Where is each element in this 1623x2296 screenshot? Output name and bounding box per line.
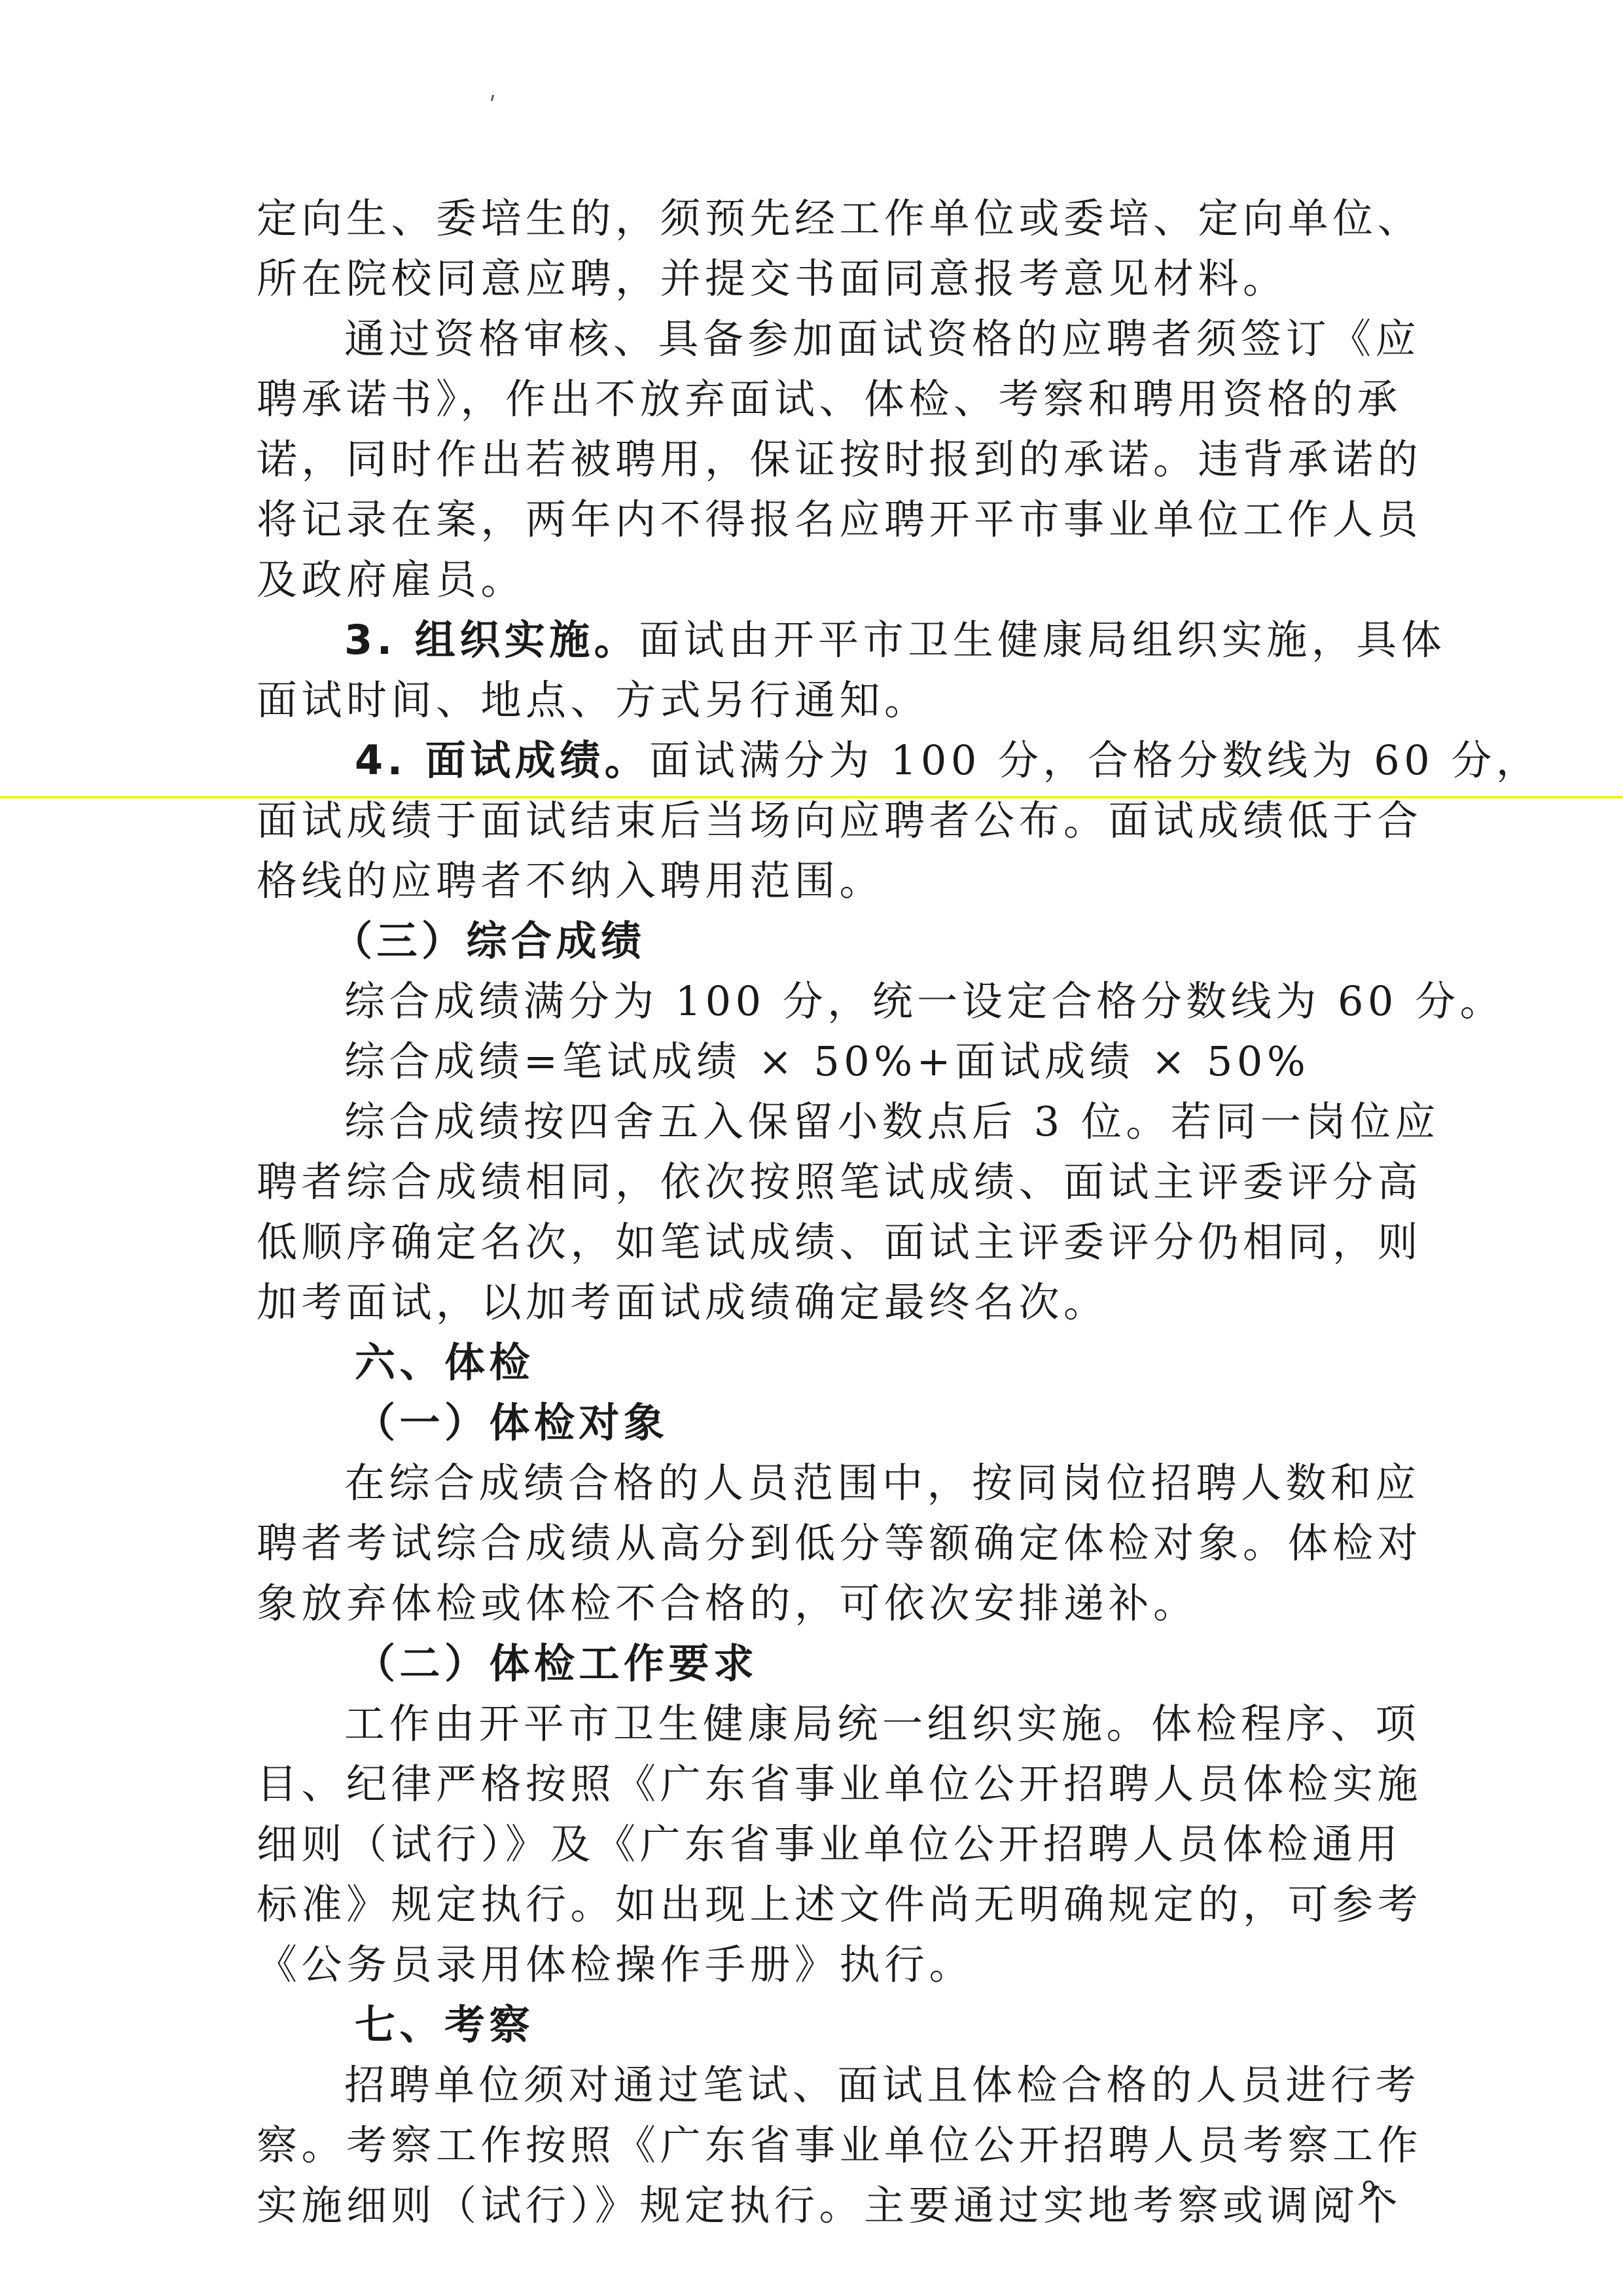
page-number: - 9 - <box>1346 2177 1393 2204</box>
paragraph-line: 象放弃体检或体检不合格的，可依次安排递补。 <box>257 1573 1382 1634</box>
paragraph-line: 标准》规定执行。如出现上述文件尚无明确规定的，可参考 <box>257 1874 1382 1935</box>
paragraph-line: 综合成绩满分为 100 分，统一设定合格分数线为 60 分。 <box>257 971 1382 1031</box>
paragraph-line: 格线的应聘者不纳入聘用范围。 <box>257 851 1382 911</box>
document-body: 定向生、委培生的，须预先经工作单位或委培、定向单位、 所在院校同意应聘，并提交书… <box>257 188 1382 2236</box>
item-text: 面试满分为 100 分，合格分数线为 60 分， <box>649 730 1541 791</box>
subsection-heading-composite-score: （三）综合成绩 <box>257 911 1382 971</box>
section-heading-inspection: 七、考察 <box>257 1995 1382 2055</box>
paragraph-line: 《公务员录用体检操作手册》执行。 <box>257 1935 1382 1995</box>
paragraph-line: 实施细则（试行）》规定执行。主要通过实地考察或调阅个 <box>257 2176 1382 2236</box>
paragraph-line: 综合成绩按四舍五入保留小数点后 3 位。若同一岗位应 <box>257 1092 1382 1152</box>
paragraph-line-organize: 3. 组织实施。面试由开平市卫生健康局组织实施，具体 <box>257 610 1382 670</box>
section-heading-physical-exam: 六、体检 <box>257 1333 1382 1393</box>
paragraph-line-interview-score: 4. 面试成绩。面试满分为 100 分，合格分数线为 60 分， <box>257 730 1382 791</box>
subsection-heading-exam-requirements: （二）体检工作要求 <box>257 1634 1382 1694</box>
paragraph-line: 聘者综合成绩相同，依次按照笔试成绩、面试主评委评分高 <box>257 1152 1382 1212</box>
paragraph-line: 面试成绩于面试结束后当场向应聘者公布。面试成绩低于合 <box>257 791 1382 851</box>
paragraph-line: 在综合成绩合格的人员范围中，按同岗位招聘人数和应 <box>257 1453 1382 1513</box>
paragraph-line: 目、纪律严格按照《广东省事业单位公开招聘人员体检实施 <box>257 1754 1382 1814</box>
paragraph-line: 工作由开平市卫生健康局统一组织实施。体检程序、项 <box>257 1694 1382 1754</box>
paragraph-line: 加考面试，以加考面试成绩确定最终名次。 <box>257 1272 1382 1333</box>
scan-artifact-mark <box>491 95 494 101</box>
formula-line: 综合成绩=笔试成绩 × 50%+面试成绩 × 50% <box>257 1031 1382 1092</box>
paragraph-line: 将记录在案，两年内不得报名应聘开平市事业单位工作人员 <box>257 490 1382 550</box>
paragraph-line: 聘者考试综合成绩从高分到低分等额确定体检对象。体检对 <box>257 1513 1382 1573</box>
paragraph-line: 及政府雇员。 <box>257 550 1382 610</box>
item-lead-organize: 3. 组织实施。 <box>344 610 639 670</box>
item-text: 面试由开平市卫生健康局组织实施，具体 <box>639 610 1446 670</box>
paragraph-line: 定向生、委培生的，须预先经工作单位或委培、定向单位、 <box>257 188 1382 249</box>
paragraph-line: 面试时间、地点、方式另行通知。 <box>257 670 1382 730</box>
paragraph-line: 低顺序确定名次，如笔试成绩、面试主评委评分仍相同，则 <box>257 1212 1382 1272</box>
subsection-heading-exam-targets: （一）体检对象 <box>257 1393 1382 1453</box>
paragraph-line: 通过资格审核、具备参加面试资格的应聘者须签订《应 <box>257 309 1382 369</box>
paragraph-line: 所在院校同意应聘，并提交书面同意报考意见材料。 <box>257 249 1382 309</box>
paragraph-line: 聘承诺书》，作出不放弃面试、体检、考察和聘用资格的承 <box>257 369 1382 429</box>
item-lead-interview-score: 4. 面试成绩。 <box>355 730 649 791</box>
paragraph-line: 察。考察工作按照《广东省事业单位公开招聘人员考察工作 <box>257 2115 1382 2176</box>
paragraph-line: 招聘单位须对通过笔试、面试且体检合格的人员进行考 <box>257 2055 1382 2115</box>
document-page: 定向生、委培生的，须预先经工作单位或委培、定向单位、 所在院校同意应聘，并提交书… <box>0 0 1623 2296</box>
paragraph-line: 细则（试行）》及《广东省事业单位公开招聘人员体检通用 <box>257 1814 1382 1874</box>
paragraph-line: 诺，同时作出若被聘用，保证按时报到的承诺。违背承诺的 <box>257 429 1382 490</box>
